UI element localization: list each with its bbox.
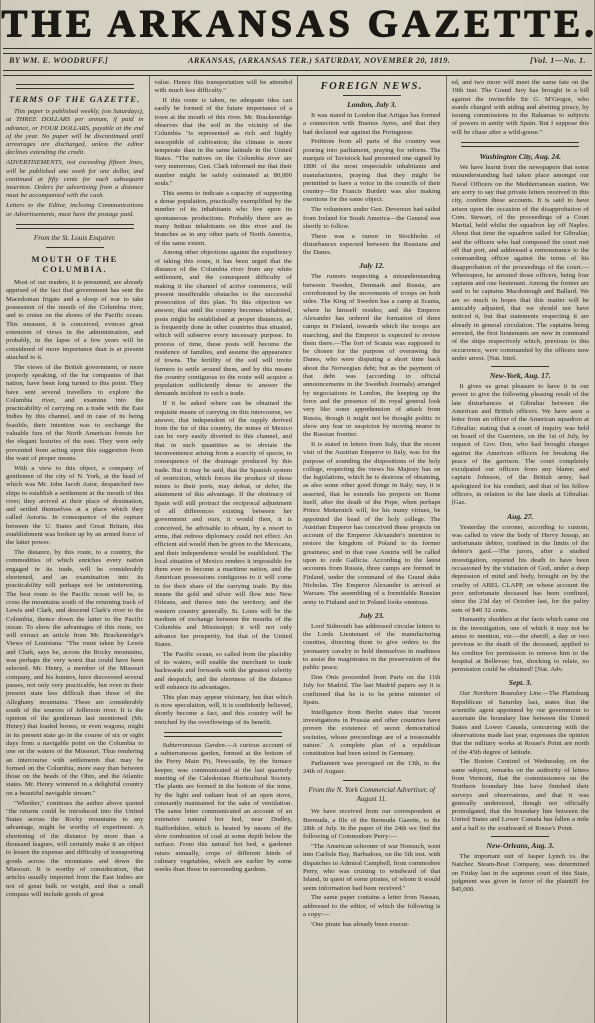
- article-paragraph: Yesterday the coroner, according to cust…: [452, 524, 590, 615]
- separator-rule: [461, 142, 579, 147]
- foreign-heading: FOREIGN NEWS.: [303, 81, 441, 92]
- article-paragraph: Don Onis proceeded from Paris on the 11t…: [303, 674, 441, 707]
- page-columns: TERMS OF THE GAZETTE.This paper is publi…: [1, 76, 594, 1023]
- article-paragraph: The Pacific ocean, so called from the pl…: [155, 651, 293, 692]
- article-paragraph: This seems to indicate a capacity of sup…: [155, 190, 293, 248]
- dateline-bar: BY WM. E. WOODRUFF.] ARKANSAS, (ARKANSAS…: [1, 54, 594, 67]
- article-paragraph: There was a rumor in Stockholm of distur…: [303, 233, 441, 258]
- article-paragraph: The rumors respecting a misunderstanding…: [303, 273, 441, 439]
- article-paragraph: Lord Sidmouth has addressed circular let…: [303, 623, 441, 673]
- newspaper-page: THE ARKANSAS GAZETTE. BY WM. E. WOODRUFF…: [0, 0, 595, 1023]
- article-paragraph: Humanity shudders at the facts which cam…: [452, 616, 590, 674]
- article-paragraph: Petitions from all parts of the country …: [303, 138, 441, 204]
- publisher-credit: BY WM. E. WOODRUFF.]: [9, 56, 108, 65]
- article-paragraph: This plan may appear visionary, but that…: [155, 694, 293, 727]
- article-paragraph: This paper is published weekly, (on Satu…: [6, 108, 144, 158]
- dateline: New-Orleans, Aug. 3.: [452, 841, 590, 850]
- volume-number: [Vol. 1—No. 1.: [530, 56, 586, 65]
- article-paragraph: ADVERTISEMENTS, not exceeding fifteen li…: [6, 159, 144, 200]
- article-paragraph: The volunteers under Gen. Devereux had s…: [303, 206, 441, 231]
- article-paragraph: "The American schooner of war Nonsuch, w…: [303, 843, 441, 893]
- article-paragraph: The distance, by this route, to a countr…: [6, 549, 144, 798]
- article-paragraph: 'One pirate has already been execut-: [303, 921, 441, 929]
- article-paragraph: Letters to the Editor, inclosing Communi…: [6, 202, 144, 219]
- article-paragraph: It is stated in letters from Italy, that…: [303, 441, 441, 607]
- article-paragraph: ed, and two more will meet the same fate…: [452, 79, 590, 137]
- article-paragraph: We have received from our correspondent …: [303, 808, 441, 841]
- dateline: Washington City, Aug. 24.: [452, 152, 590, 161]
- article-paragraph: The Boston Centinel of Wednesday, on the…: [452, 758, 590, 833]
- article-paragraph: We have learnt from the newspapers that …: [452, 164, 590, 363]
- article-paragraph: The views of the British government, or …: [6, 364, 144, 464]
- article-paragraph: If this route is taken, no adequate idea…: [155, 97, 293, 188]
- terms-heading: TERMS OF THE GAZETTE.: [6, 94, 144, 104]
- article-paragraph: It gives us great pleasure to have it in…: [452, 383, 590, 507]
- dateline: Aug. 27.: [452, 512, 590, 521]
- newspaper-title: THE ARKANSAS GAZETTE.: [1, 4, 594, 45]
- separator-rule: [46, 247, 104, 248]
- article-paragraph: value. Hence this transportation will be…: [155, 79, 293, 96]
- article-paragraph: "Whether," continues the author above qu…: [6, 800, 144, 900]
- article-paragraph: Our Northern Boundary Line.—The Plattsbu…: [452, 690, 590, 756]
- article-paragraph: If it be asked where can be obtained the…: [155, 400, 293, 649]
- article-paragraph: The same paper contains a letter from Na…: [303, 894, 441, 919]
- source: From the St. Louis Enquirer.: [10, 234, 140, 243]
- separator-rule: [343, 95, 401, 96]
- paragraph-lead: Our Northern Boundary Line.—: [460, 690, 549, 697]
- column-1: TERMS OF THE GAZETTE.This paper is publi…: [1, 76, 150, 1023]
- article-paragraph: With a view to this object, a company of…: [6, 465, 144, 548]
- separator-rule: [343, 780, 401, 781]
- column-2: value. Hence this transportation will be…: [150, 76, 299, 1023]
- dateline: July 12.: [303, 261, 441, 270]
- separator-rule: [16, 224, 134, 229]
- article-paragraph: Parliament was prorogued on the 13th, to…: [303, 760, 441, 777]
- article-heading: MOUTH OF THE COLUMBIA.: [6, 254, 144, 274]
- dateline: July 23.: [303, 611, 441, 620]
- masthead: THE ARKANSAS GAZETTE. BY WM. E. WOODRUFF…: [1, 0, 594, 76]
- article-paragraph: It was stated in London that Artigas has…: [303, 112, 441, 137]
- article-paragraph: Among other objections against the exped…: [155, 249, 293, 398]
- separator-rule: [491, 836, 549, 837]
- article-paragraph: Most of our readers, it is presumed, are…: [6, 279, 144, 362]
- article-paragraph: The important suit of Jasper Lynch vs. t…: [452, 853, 590, 894]
- separator-rule: [491, 366, 549, 367]
- source: From the N. York Commercial Advertiser, …: [307, 786, 437, 805]
- paragraph-lead: Subterraneous Garden.—: [163, 742, 233, 749]
- article-paragraph: Subterraneous Garden.—A curious account …: [155, 742, 293, 875]
- column-4: ed, and two more will meet the same fate…: [447, 76, 595, 1023]
- dateline: London, July 3.: [303, 100, 441, 109]
- dateline: Sept. 3.: [452, 678, 590, 687]
- column-3: FOREIGN NEWS.London, July 3.It was state…: [298, 76, 447, 1023]
- separator-rule: [164, 732, 282, 737]
- article-paragraph: Intelligence from Berlin states that 're…: [303, 709, 441, 759]
- issue-dateline: ARKANSAS, (ARKANSAS TER.) SATURDAY, NOVE…: [108, 56, 530, 65]
- separator-rule: [16, 84, 134, 89]
- dateline: New-York, Aug. 17.: [452, 371, 590, 380]
